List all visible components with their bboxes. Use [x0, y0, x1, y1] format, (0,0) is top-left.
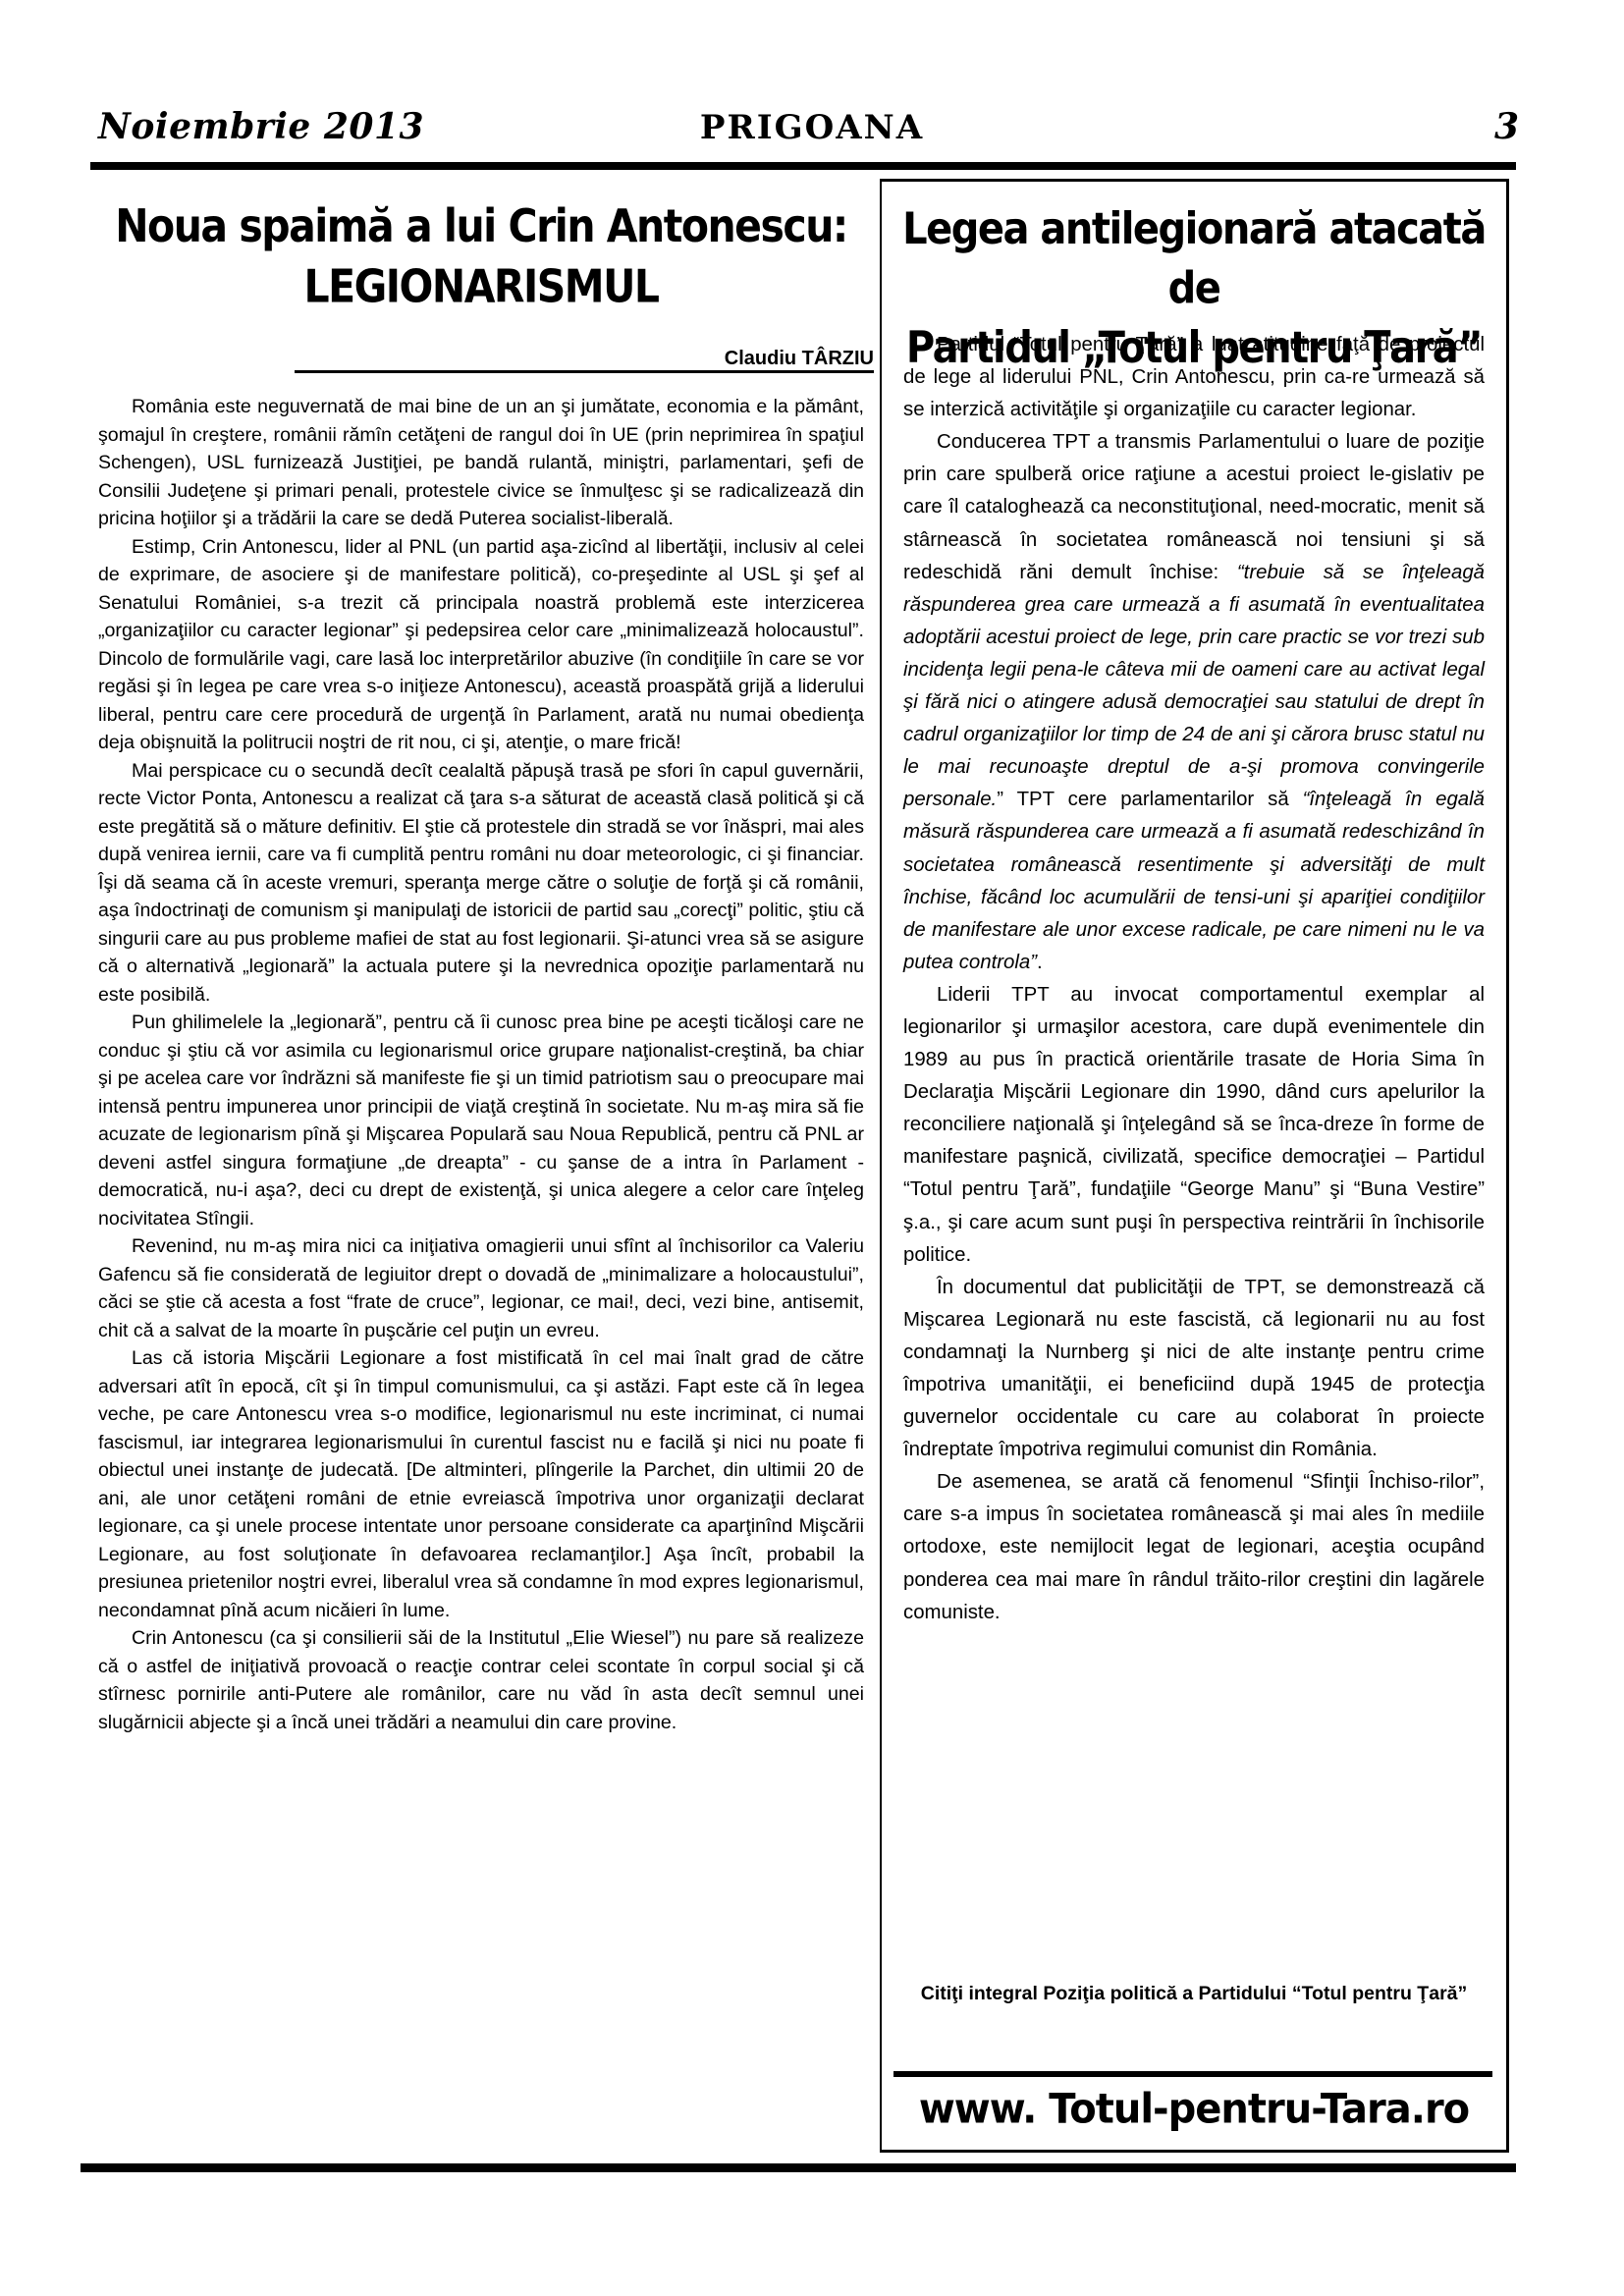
left-article-body: România este neguvernată de mai bine de …: [98, 393, 864, 1736]
quote: “trebuie să se înţeleagă răspunderea gre…: [903, 562, 1485, 811]
left-headline-line1: Noua spaimă a lui Crin Antonescu:: [115, 199, 847, 252]
paragraph: Crin Antonescu (ca şi consilierii săi de…: [98, 1624, 864, 1736]
paragraph: De asemenea, se arată că fenomenul “Sfin…: [903, 1466, 1485, 1628]
text: ” TPT cere parlamentarilor să: [997, 789, 1302, 810]
read-full-statement: Citiţi integral Poziţia politică a Parti…: [892, 1979, 1496, 2008]
left-article-headline: Noua spaimă a lui Crin Antonescu: LEGION…: [98, 196, 864, 317]
box-divider: [893, 2071, 1492, 2077]
author-byline: Claudiu TÂRZIU: [295, 348, 874, 373]
quote: “înţeleagă în egală măsură răspunderea c…: [903, 789, 1485, 972]
paragraph: Estimp, Crin Antonescu, lider al PNL (un…: [98, 533, 864, 757]
paragraph: Partidul “Totul pentru Ţară” a luat atit…: [903, 329, 1485, 426]
text: .: [1037, 952, 1043, 973]
website-link[interactable]: www. Totul-pentru-Tara.ro: [882, 2086, 1506, 2133]
page-number: 3: [1494, 106, 1519, 147]
paragraph: Pun ghilimelele la „legionară”, pentru c…: [98, 1009, 864, 1232]
paragraph: România este neguvernată de mai bine de …: [98, 393, 864, 533]
paragraph: Mai perspicace cu o secundă decît cealal…: [98, 757, 864, 1010]
publication-title: PRIGOANA: [0, 108, 1624, 147]
paragraph: Revenind, nu m-aş mira nici ca iniţiativ…: [98, 1232, 864, 1344]
paragraph: În documentul dat publicităţii de TPT, s…: [903, 1272, 1485, 1467]
paragraph: Liderii TPT au invocat comportamentul ex…: [903, 979, 1485, 1272]
right-headline-line1: Legea antilegionară atacată de: [902, 203, 1486, 313]
paragraph: Las că istoria Mişcării Legionare a fost…: [98, 1344, 864, 1624]
right-article-body: Partidul “Totul pentru Ţară” a luat atit…: [903, 329, 1485, 1629]
right-article-box: Legea antilegionară atacată de Partidul …: [880, 179, 1509, 2153]
text: Conducerea TPT a transmis Parlamentului …: [903, 431, 1485, 582]
left-article: Noua spaimă a lui Crin Antonescu: LEGION…: [98, 196, 864, 1736]
header-rule: [90, 162, 1516, 170]
footer-rule: [81, 2163, 1516, 2172]
paragraph: Conducerea TPT a transmis Parlamentului …: [903, 426, 1485, 979]
left-headline-line2: LEGIONARISMUL: [303, 260, 658, 313]
